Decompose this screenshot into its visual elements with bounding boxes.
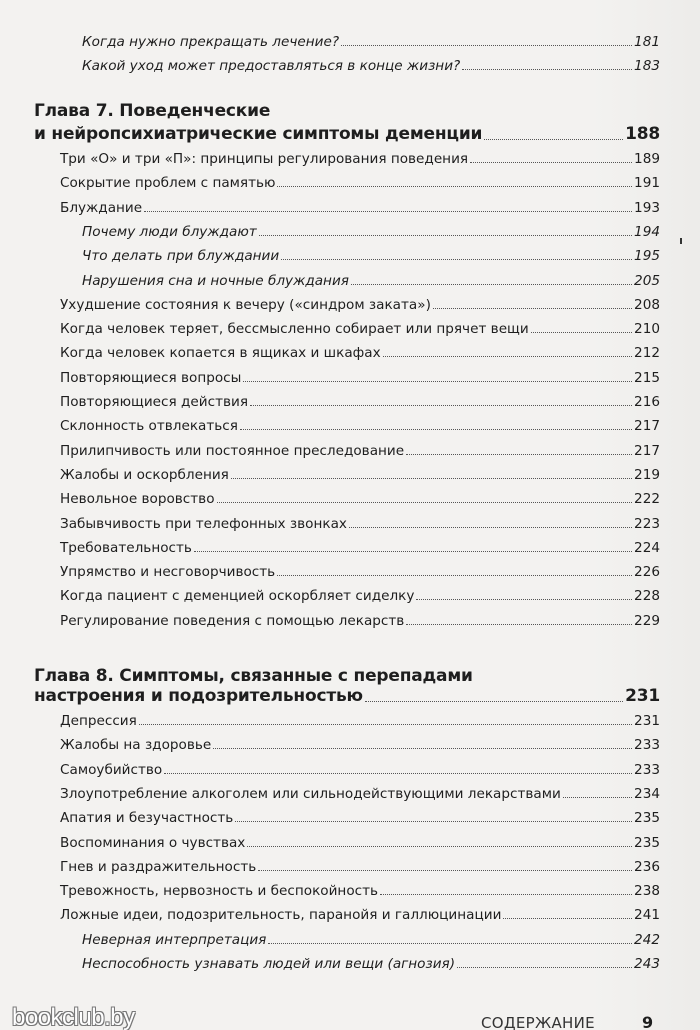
toc-entry[interactable]: Когда нужно прекращать лечение?181	[82, 34, 660, 50]
chapter7-page: 188	[625, 124, 660, 144]
toc-entry[interactable]: Склонность отвлекаться217	[60, 418, 660, 434]
dot-leader	[277, 186, 632, 187]
toc-entry-page: 205	[634, 273, 660, 289]
page-number: 9	[642, 1013, 653, 1030]
toc-entry-page: 226	[634, 564, 660, 580]
toc-entry-page: 236	[634, 859, 660, 875]
toc-entry-title: Ухудшение состояния к вечеру («синдром з…	[60, 297, 431, 313]
print-speck	[680, 238, 682, 244]
toc-entry-page: 234	[634, 786, 660, 802]
toc-entry-page: 233	[634, 737, 660, 753]
toc-entry-title: Прилипчивость или постоянное преследован…	[60, 443, 404, 459]
toc-entry-title: Забывчивость при телефонных звонках	[60, 516, 347, 532]
toc-entry-page: 233	[634, 762, 660, 778]
dot-leader	[406, 624, 632, 625]
dot-leader	[235, 821, 632, 822]
toc-entry-title: Нарушения сна и ночные блуждания	[82, 273, 349, 289]
dot-leader	[351, 284, 632, 285]
dot-leader	[213, 748, 632, 749]
toc-entry-page: 242	[634, 932, 660, 948]
toc-entry-title: Повторяющиеся вопросы	[60, 370, 241, 386]
toc-entry[interactable]: Нарушения сна и ночные блуждания205	[82, 273, 660, 289]
toc-entry[interactable]: Жалобы и оскорбления219	[60, 467, 660, 483]
toc-entry-page: 224	[634, 540, 660, 556]
toc-entry[interactable]: Забывчивость при телефонных звонках223	[60, 516, 660, 532]
toc-entry-title: Депрессия	[60, 713, 137, 729]
toc-entry-page: 241	[634, 907, 660, 923]
toc-entry-page: 181	[634, 34, 660, 50]
toc-entry-page: 217	[634, 418, 660, 434]
dot-leader	[144, 211, 632, 212]
dot-leader	[470, 162, 632, 163]
toc-entry-title: Сокрытие проблем с памятью	[60, 175, 275, 191]
toc-entry[interactable]: Прилипчивость или постоянное преследован…	[60, 443, 660, 459]
dot-leader	[250, 405, 632, 406]
toc-entry-title: Жалобы и оскорбления	[60, 467, 229, 483]
toc-entry-page: 189	[634, 151, 660, 167]
toc-entry-title: Воспоминания о чувствах	[60, 835, 245, 851]
dot-leader	[277, 575, 632, 576]
toc-entry-title: Ложные идеи, подозрительность, паранойя …	[60, 907, 501, 923]
toc-entry[interactable]: Неверная интерпретация242	[82, 932, 660, 948]
chapter7-heading[interactable]: и нейропсихиатрические симптомы деменции…	[34, 124, 660, 144]
dot-leader	[231, 478, 632, 479]
toc-entry[interactable]: Злоупотребление алкоголем или сильнодейс…	[60, 786, 660, 802]
toc-entry-title: Апатия и безучастность	[60, 810, 233, 826]
toc-entry-title: Злоупотребление алкоголем или сильнодейс…	[60, 786, 561, 802]
toc-entry[interactable]: Ухудшение состояния к вечеру («синдром з…	[60, 297, 660, 313]
toc-entry-title: Требовательность	[60, 540, 192, 556]
dot-leader	[531, 332, 632, 333]
toc-entry-page: 219	[634, 467, 660, 483]
toc-entry[interactable]: Гнев и раздражительность236	[60, 859, 660, 875]
toc-entry-page: 243	[634, 956, 660, 972]
toc-entry-page: 191	[634, 175, 660, 191]
toc-entry[interactable]: Самоубийство233	[60, 762, 660, 778]
toc-entry-page: 194	[634, 224, 660, 240]
dot-leader	[365, 701, 623, 702]
toc-entry[interactable]: Регулирование поведения с помощью лекарс…	[60, 613, 660, 629]
toc-entry[interactable]: Три «О» и три «П»: принципы регулировани…	[60, 151, 660, 167]
watermark: bookclub.by	[12, 1004, 135, 1030]
toc-entry-title: Блуждание	[60, 200, 142, 216]
dot-leader	[383, 356, 632, 357]
toc-entry[interactable]: Неспособность узнавать людей или вещи (а…	[82, 956, 660, 972]
dot-leader	[268, 943, 632, 944]
toc-entry-title: Три «О» и три «П»: принципы регулировани…	[60, 151, 468, 167]
toc-entry[interactable]: Когда человек копается в ящиках и шкафах…	[60, 345, 660, 361]
dot-leader	[281, 259, 632, 260]
toc-entry-page: 223	[634, 516, 660, 532]
toc-entry-page: 235	[634, 810, 660, 826]
toc-entry-title: Регулирование поведения с помощью лекарс…	[60, 613, 404, 629]
toc-entry[interactable]: Требовательность224	[60, 540, 660, 556]
dot-leader	[563, 797, 632, 798]
toc-entry[interactable]: Воспоминания о чувствах235	[60, 835, 660, 851]
dot-leader	[164, 773, 632, 774]
toc-entry-page: 208	[634, 297, 660, 313]
dot-leader	[247, 846, 632, 847]
dot-leader	[217, 502, 633, 503]
toc-entry[interactable]: Апатия и безучастность235	[60, 810, 660, 826]
book-page: Когда нужно прекращать лечение?181Какой …	[0, 0, 700, 1030]
dot-leader	[462, 69, 632, 70]
chapter7-title-line2: и нейропсихиатрические симптомы деменции	[34, 124, 482, 144]
toc-entry-title: Невольное воровство	[60, 491, 215, 507]
toc-entry-page: 217	[634, 443, 660, 459]
toc-entry[interactable]: Жалобы на здоровье233	[60, 737, 660, 753]
dot-leader	[416, 599, 632, 600]
toc-entry[interactable]: Когда пациент с деменцией оскорбляет сид…	[60, 588, 660, 604]
toc-entry-title: Гнев и раздражительность	[60, 859, 256, 875]
toc-entry[interactable]: Повторяющиеся вопросы215	[60, 370, 660, 386]
toc-entry[interactable]: Блуждание193	[60, 200, 660, 216]
toc-entry-page: 215	[634, 370, 660, 386]
toc-entry[interactable]: Что делать при блуждании195	[82, 248, 660, 264]
dot-leader	[240, 429, 632, 430]
chapter8-heading[interactable]: настроения и подозрительностью231	[34, 686, 660, 706]
toc-entry[interactable]: Когда человек теряет, бессмысленно собир…	[60, 321, 660, 337]
chapter8-page: 231	[625, 686, 660, 706]
toc-entry[interactable]: Упрямство и несговорчивость226	[60, 564, 660, 580]
toc-entry-page: 235	[634, 835, 660, 851]
chapter7-title-line1: Глава 7. Поведенческие	[34, 101, 270, 121]
dot-leader	[349, 527, 632, 528]
dot-leader	[259, 235, 632, 236]
toc-entry-title: Неспособность узнавать людей или вещи (а…	[82, 956, 455, 972]
toc-entry-page: 238	[634, 883, 660, 899]
chapter8-title-line1: Глава 8. Симптомы, связанные с перепадам…	[34, 666, 473, 686]
toc-entry[interactable]: Тревожность, нервозность и беспокойность…	[60, 883, 660, 899]
toc-entry-title: Когда человек теряет, бессмысленно собир…	[60, 321, 529, 337]
toc-entry-title: Жалобы на здоровье	[60, 737, 211, 753]
toc-entry-page: 222	[634, 491, 660, 507]
toc-entry-page: 183	[634, 58, 660, 74]
toc-entry[interactable]: Ложные идеи, подозрительность, паранойя …	[60, 907, 660, 923]
toc-entry-title: Какой уход может предоставляться в конце…	[82, 58, 460, 74]
toc-entry-page: 231	[634, 713, 660, 729]
toc-entry[interactable]: Почему люди блуждают194	[82, 224, 660, 240]
dot-leader	[243, 381, 632, 382]
toc-entry-title: Повторяющиеся действия	[60, 394, 248, 410]
toc-entry-page: 228	[634, 588, 660, 604]
toc-entry-page: 193	[634, 200, 660, 216]
toc-entry-title: Когда пациент с деменцией оскорбляет сид…	[60, 588, 414, 604]
dot-leader	[503, 918, 632, 919]
toc-entry[interactable]: Невольное воровство222	[60, 491, 660, 507]
dot-leader	[341, 45, 632, 46]
toc-entry[interactable]: Депрессия231	[60, 713, 660, 729]
toc-entry-title: Склонность отвлекаться	[60, 418, 238, 434]
toc-entry-title: Самоубийство	[60, 762, 162, 778]
dot-leader	[433, 308, 632, 309]
dot-leader	[139, 724, 632, 725]
toc-entry-page: 216	[634, 394, 660, 410]
toc-entry-title: Тревожность, нервозность и беспокойность	[60, 883, 378, 899]
toc-entry-title: Упрямство и несговорчивость	[60, 564, 275, 580]
dot-leader	[457, 967, 632, 968]
dot-leader	[258, 870, 632, 871]
dot-leader	[406, 454, 632, 455]
toc-entry-title: Когда человек копается в ящиках и шкафах	[60, 345, 381, 361]
dot-leader	[380, 894, 632, 895]
toc-entry[interactable]: Сокрытие проблем с памятью191	[60, 175, 660, 191]
toc-entry-page: 210	[634, 321, 660, 337]
toc-entry[interactable]: Какой уход может предоставляться в конце…	[82, 58, 660, 74]
running-footer-section: СОДЕРЖАНИЕ	[481, 1014, 595, 1030]
toc-entry-page: 195	[634, 248, 660, 264]
dot-leader	[484, 139, 623, 140]
toc-entry[interactable]: Повторяющиеся действия216	[60, 394, 660, 410]
toc-entry-page: 212	[634, 345, 660, 361]
toc-entry-title: Почему люди блуждают	[82, 224, 257, 240]
dot-leader	[194, 551, 632, 552]
toc-entry-title: Неверная интерпретация	[82, 932, 266, 948]
chapter8-title-line2: настроения и подозрительностью	[34, 686, 363, 706]
toc-entry-title: Что делать при блуждании	[82, 248, 279, 264]
toc-entry-page: 229	[634, 613, 660, 629]
toc-entry-title: Когда нужно прекращать лечение?	[82, 34, 339, 50]
